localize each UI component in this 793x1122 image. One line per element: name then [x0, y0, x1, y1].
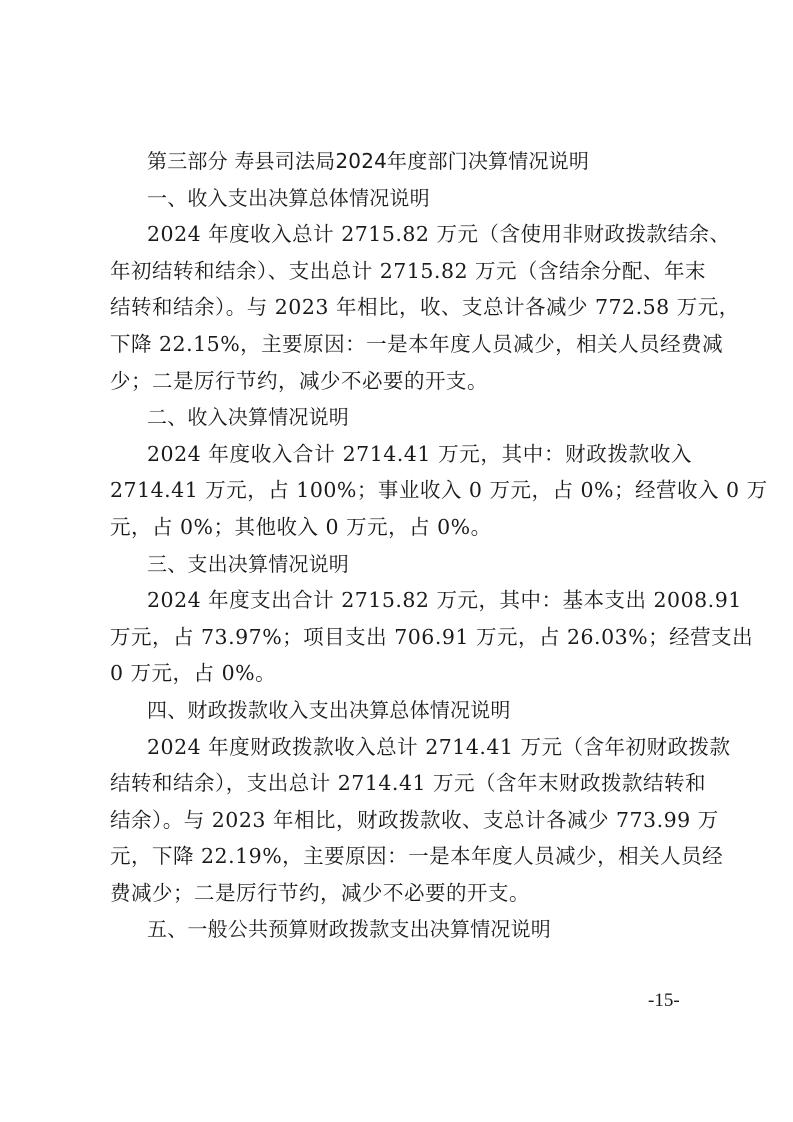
paragraph-line: 2024 年度收入合计 2714.41 万元，其中：财政拨款收入 [110, 436, 692, 473]
section-heading-3: 三、支出决算情况说明 [110, 546, 692, 583]
section-heading-1: 一、收入支出决算总体情况说明 [110, 180, 692, 217]
paragraph-line: 结余）。与 2023 年相比，财政拨款收、支总计各减少 773.99 万 [110, 802, 692, 839]
paragraph-line: 2714.41 万元，占 100%；事业收入 0 万元，占 0%；经营收入 0 … [110, 472, 692, 509]
part-title: 第三部分 寿县司法局2024年度部门决算情况说明 [110, 143, 692, 180]
paragraph-line: 费减少；二是厉行节约，减少不必要的开支。 [110, 875, 692, 912]
paragraph-line: 元，下降 22.19%，主要原因：一是本年度人员减少，相关人员经 [110, 838, 692, 875]
section-heading-2: 二、收入决算情况说明 [110, 399, 692, 436]
section-heading-5: 五、一般公共预算财政拨款支出决算情况说明 [110, 911, 692, 948]
paragraph-line: 2024 年度财政拨款收入总计 2714.41 万元（含年初财政拨款 [110, 729, 692, 766]
paragraph-line: 万元，占 73.97%；项目支出 706.91 万元，占 26.03%；经营支出 [110, 619, 692, 656]
paragraph-line: 2024 年度收入总计 2715.82 万元（含使用非财政拨款结余、 [110, 216, 692, 253]
paragraph-line: 结转和结余）。与 2023 年相比，收、支总计各减少 772.58 万元， [110, 289, 692, 326]
paragraph-line: 年初结转和结余）、支出总计 2715.82 万元（含结余分配、年末 [110, 253, 692, 290]
page-number: -15- [648, 990, 680, 1012]
section-heading-4: 四、财政拨款收入支出决算总体情况说明 [110, 692, 692, 729]
paragraph-line: 2024 年度支出合计 2715.82 万元，其中：基本支出 2008.91 [110, 582, 692, 619]
paragraph-line: 0 万元，占 0%。 [110, 655, 692, 692]
paragraph-line: 下降 22.15%，主要原因：一是本年度人员减少，相关人员经费减 [110, 326, 692, 363]
paragraph-line: 结转和结余），支出总计 2714.41 万元（含年末财政拨款结转和 [110, 765, 692, 802]
document-page: 第三部分 寿县司法局2024年度部门决算情况说明 一、收入支出决算总体情况说明 … [110, 143, 692, 948]
paragraph-line: 元，占 0%；其他收入 0 万元，占 0%。 [110, 509, 692, 546]
paragraph-line: 少；二是厉行节约，减少不必要的开支。 [110, 363, 692, 400]
